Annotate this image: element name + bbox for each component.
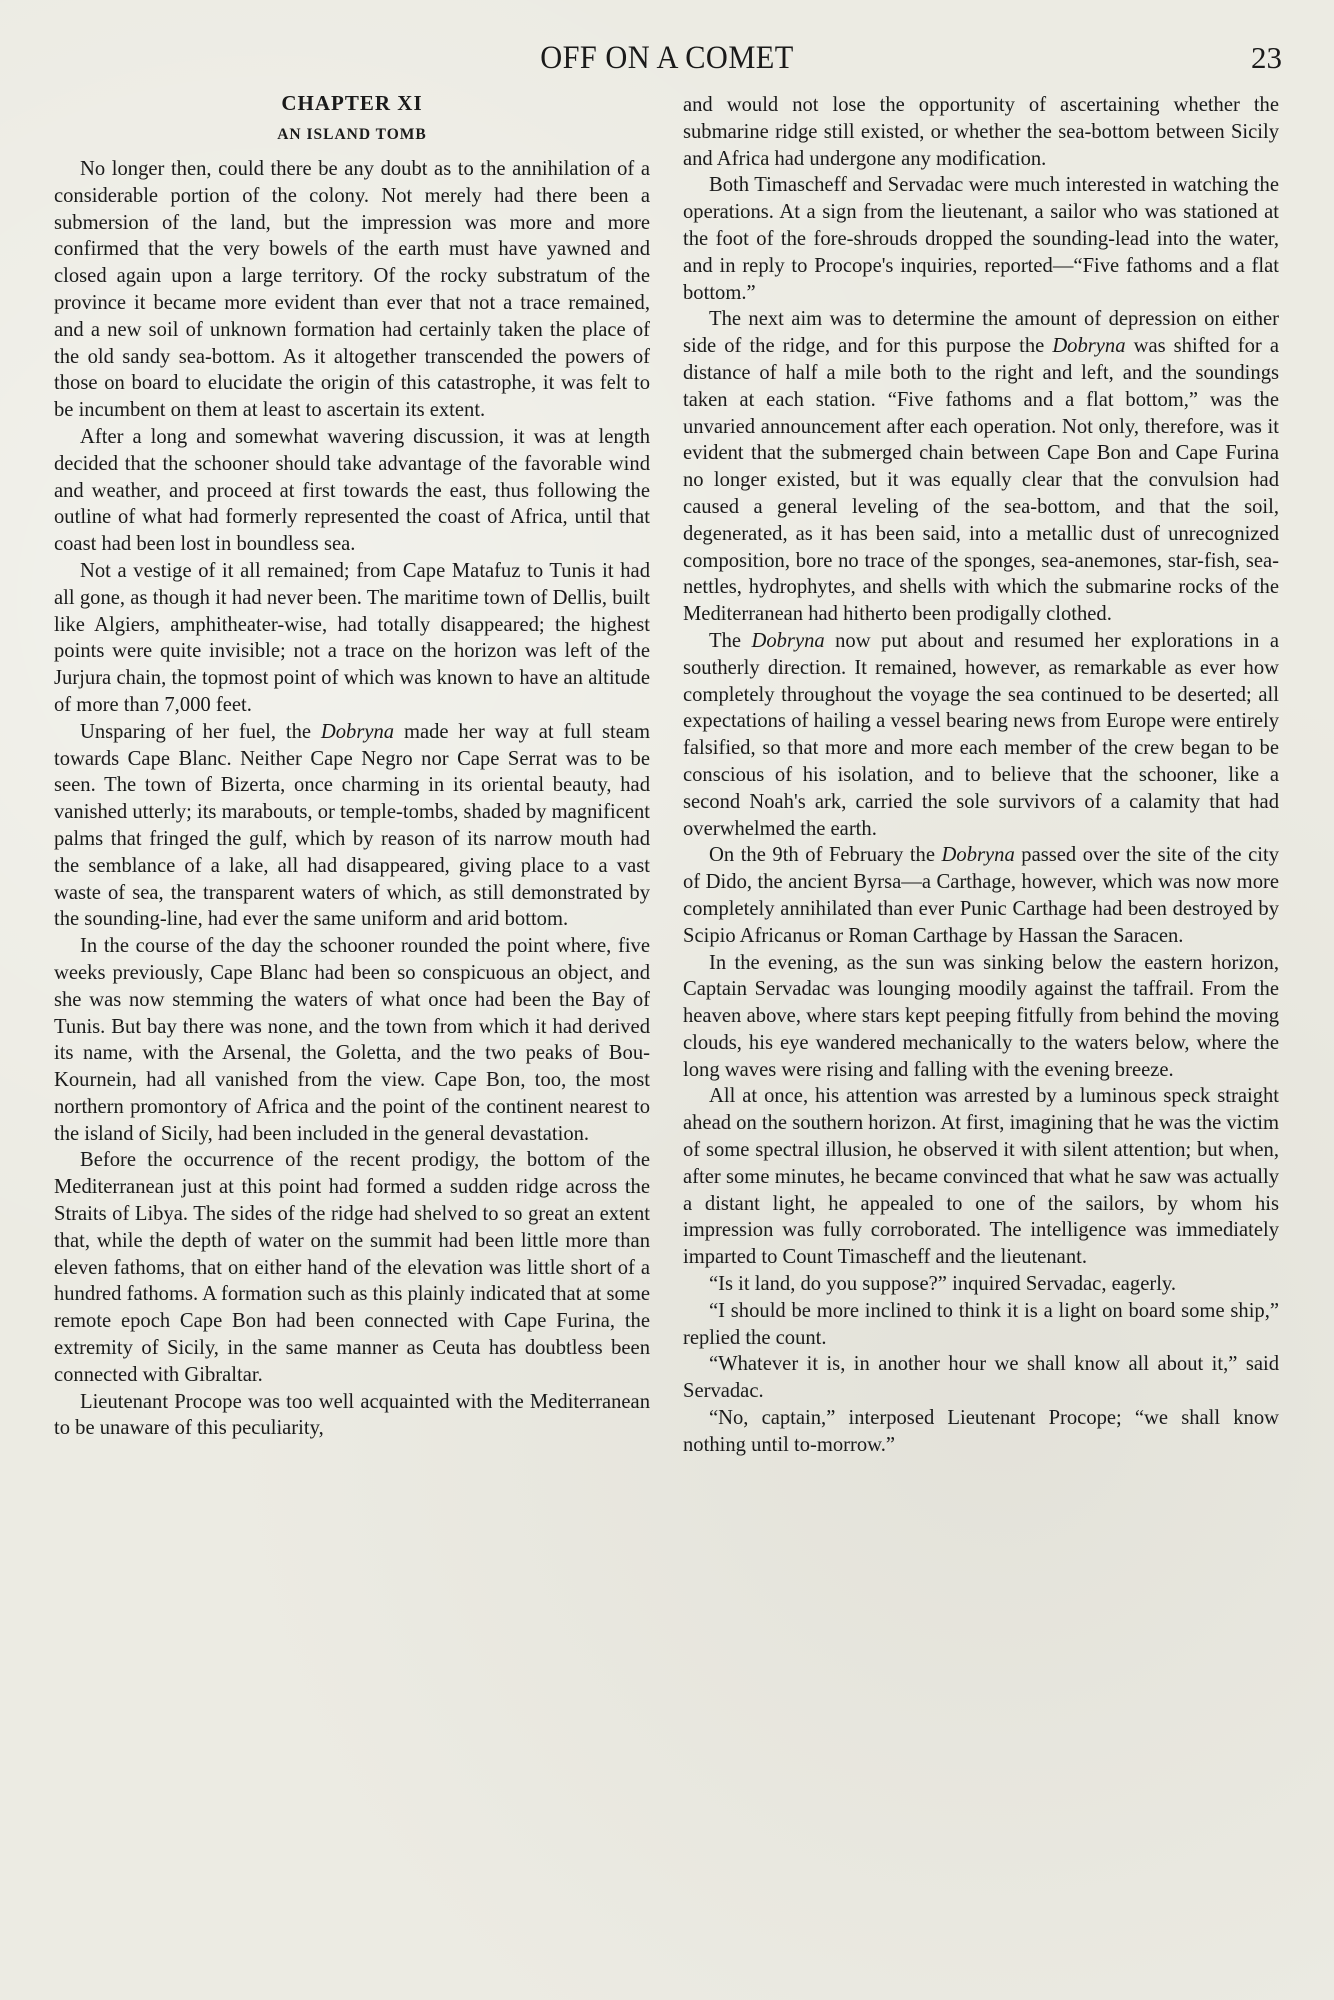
text-run: was shifted for a distance of half a mil… <box>683 335 1279 625</box>
paragraph: No longer then, could there be any doubt… <box>54 156 650 424</box>
paragraph: “I should be more inclined to think it i… <box>683 1298 1279 1352</box>
chapter-number: CHAPTER XI <box>54 90 650 116</box>
paragraph: Not a vestige of it all remained; from C… <box>54 558 650 719</box>
paragraph: “No, captain,” interposed Lieutenant Pro… <box>683 1405 1279 1459</box>
text-run: The <box>709 630 751 652</box>
right-column: and would not lose the opportunity of as… <box>683 92 1279 1459</box>
running-head: OFF ON A COMET 23 <box>0 40 1334 80</box>
paragraph: “Is it land, do you suppose?” inquired S… <box>683 1271 1279 1298</box>
paragraph: The next aim was to determine the amount… <box>683 306 1279 628</box>
book-title: OFF ON A COMET <box>53 40 1280 77</box>
paragraph: After a long and somewhat wavering discu… <box>54 424 650 558</box>
paragraph: “Whatever it is, in another hour we shal… <box>683 1351 1279 1405</box>
chapter-title: AN ISLAND TOMB <box>54 124 650 146</box>
ship-name: Dobryna <box>321 721 394 743</box>
text-run: made her way at full steam towards Cape … <box>54 721 650 931</box>
paragraph: Before the occurrence of the recent prod… <box>54 1147 650 1388</box>
paragraph: The Dobryna now put about and resumed he… <box>683 628 1279 842</box>
text-run: now put about and resumed her exploratio… <box>683 630 1279 840</box>
page-number: 23 <box>1251 40 1282 76</box>
ship-name: Dobryna <box>1052 335 1125 357</box>
paragraph: All at once, his attention was arrested … <box>683 1083 1279 1271</box>
paragraph-continuation: and would not lose the opportunity of as… <box>683 92 1279 172</box>
ship-name: Dobryna <box>942 844 1015 866</box>
paragraph: Lieutenant Procope was too well acquaint… <box>54 1389 650 1443</box>
paragraph: In the evening, as the sun was sinking b… <box>683 950 1279 1084</box>
paragraph: Unsparing of her fuel, the Dobryna made … <box>54 719 650 933</box>
ship-name: Dobryna <box>751 630 824 652</box>
paragraph: On the 9th of February the Dobryna passe… <box>683 842 1279 949</box>
left-column: CHAPTER XI AN ISLAND TOMB No longer then… <box>54 90 650 1442</box>
text-run: Unsparing of her fuel, the <box>80 721 321 743</box>
paragraph: Both Timascheff and Servadac were much i… <box>683 172 1279 306</box>
text-run: On the 9th of February the <box>709 844 942 866</box>
paragraph: In the course of the day the schooner ro… <box>54 933 650 1147</box>
